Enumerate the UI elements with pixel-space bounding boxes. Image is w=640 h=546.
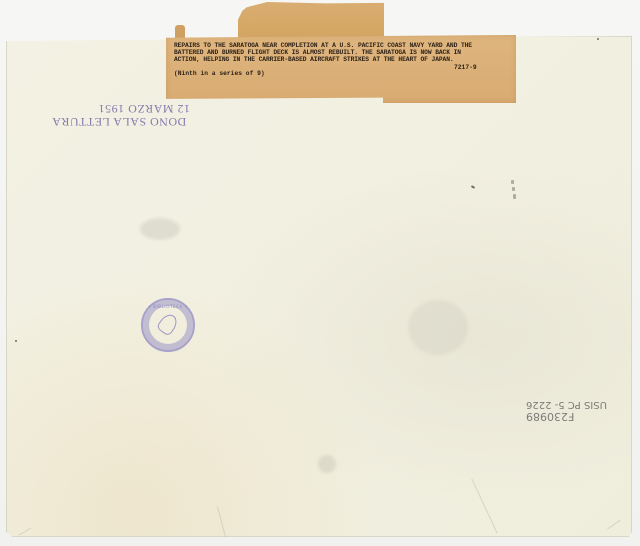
library-stamp: DONO SALA LETTURA 12 MARZO 1951	[44, 102, 194, 128]
corner-crease	[607, 520, 621, 530]
caption-series-note: (Ninth in a series of 9)	[174, 70, 265, 77]
faint-smudge	[140, 218, 180, 240]
corner-crease	[19, 528, 32, 536]
pencil-note-usis: USIS PC 5- 2226	[526, 398, 610, 410]
pencil-note-code: F230989	[526, 410, 610, 422]
ink-dot	[15, 340, 17, 342]
pencil-mark	[513, 194, 516, 199]
faint-smudge	[318, 455, 336, 473]
faint-smudge	[408, 300, 468, 355]
caption-line-2: BATTERED AND BURNED FLIGHT DECK IS ALMOS…	[174, 49, 494, 56]
crease-mark	[217, 506, 226, 537]
round-library-stamp: • BIBLIOTECA •	[141, 298, 195, 352]
library-stamp-line-2: 12 MARZO 1951	[44, 102, 194, 115]
pencil-notes: F230989 USIS PC 5- 2226	[526, 398, 610, 422]
caption-line-3: ACTION, HELPING IN THE CARRIER-BASED AIR…	[174, 56, 494, 63]
crease-mark	[471, 479, 497, 534]
library-stamp-line-1: DONO SALA LETTURA	[44, 115, 194, 128]
caption-line-1: REPAIRS TO THE SARATOGA NEAR COMPLETION …	[174, 42, 494, 49]
pencil-mark	[512, 187, 515, 191]
caption-text: REPAIRS TO THE SARATOGA NEAR COMPLETION …	[174, 42, 494, 64]
pencil-mark	[511, 180, 514, 184]
ink-dot	[597, 38, 599, 40]
caption-code: 7217-9	[454, 64, 477, 71]
